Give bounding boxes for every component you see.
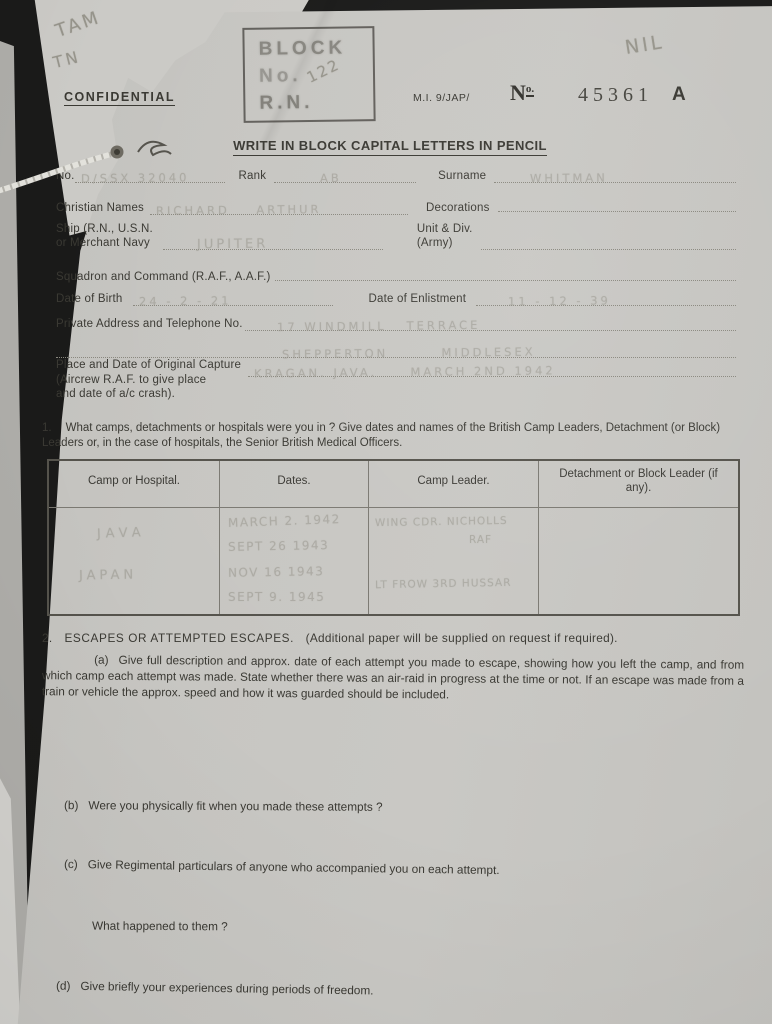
confidential-marking: CONFIDENTIAL [64,90,175,106]
field-label-enlistment: Date of Enlistment [369,293,467,305]
question-2c: (c)Give Regimental particulars of anyone… [64,857,500,877]
field-surname: WHITMAN [494,168,736,183]
question-2a-text: Give full description and approx. date o… [42,653,744,702]
field-label-surname: Surname [438,170,486,182]
section-2-number: 2. [42,631,52,645]
no-symbol: No. [510,80,534,106]
question-2a: (a)Give full description and approx. dat… [42,651,744,705]
question-2a-label: (a) [68,651,109,667]
field-squadron [275,266,737,281]
mi9-reference: M.I. 9/JAP/ [413,92,470,104]
question-2d: (d)Give briefly your experiences during … [56,979,374,998]
section-2-note: (Additional paper will be supplied on re… [306,631,618,645]
binding-string [0,130,220,210]
question-2c-text: Give Regimental particulars of anyone wh… [88,857,500,877]
serial-letter: A [672,84,686,106]
question-1-number: 1. [42,422,52,434]
section-2-heading: 2.ESCAPES OR ATTEMPTED ESCAPES. (Additio… [42,631,618,645]
field-date-of-birth: 24 - 2 - 21 [133,291,333,306]
camps-table: Camp or Hospital. Dates. Camp Leader. De… [47,459,740,616]
question-1-text: What camps, detachments or hospitals wer… [42,422,720,449]
question-2b-text: Were you physically fit when you made th… [88,798,382,814]
question-2b-label: (b) [64,798,78,812]
field-label-rank: Rank [239,170,267,182]
field-label-ship: Ship (R.N., U.S.N. or Merchant Navy [56,222,153,250]
field-label-address: Private Address and Telephone No. [56,318,243,330]
stamp-line: R.N. [259,88,373,117]
question-2c-label: (c) [64,857,78,871]
section-2-title: ESCAPES OR ATTEMPTED ESCAPES. [64,631,294,645]
field-label-decorations: Decorations [426,202,490,214]
question-2d-text: Give briefly your experiences during per… [80,979,373,998]
field-enlistment: 11 - 12 - 39 [476,291,736,306]
stamp-line: BLOCK [258,34,372,63]
field-address-line2: SHEPPERTON MIDDLESEX [56,343,736,358]
field-address-line1: 17 WINDMILL TERRACE [245,316,736,331]
table-header-camp: Camp or Hospital. [49,461,220,508]
field-label-unit: Unit & Div. (Army) [417,222,473,250]
field-unit [481,235,736,250]
table-cell-leader: WING CDR. NICHOLLS RAF LT FROW 3RD HUSSA… [369,508,539,614]
field-ship: JUPITER [163,235,383,250]
table-header-detachment: Detachment or Block Leader (if any). [539,461,738,508]
table-cell-dates: MARCH 2. 1942 SEPT 26 1943 NOV 16 1943 S… [220,508,369,614]
string-knot [138,142,171,155]
field-rank: AB [274,168,416,183]
field-label-date-of-birth: Date of Birth [56,293,123,305]
field-decorations [498,197,736,212]
field-capture: KRAGAN. JAVA. MARCH 2ND 1942 [248,362,736,377]
table-header-dates: Dates. [220,461,369,508]
question-2b: (b)Were you physically fit when you made… [64,798,383,814]
question-2c-followup: What happened to them ? [92,919,228,934]
question-2d-label: (d) [56,979,71,993]
field-label-capture: Place and Date of Original Capture (Airc… [56,358,241,402]
nil-pencil-note: NIL [624,31,666,59]
table-cell-camp: JAVA JAPAN [49,508,220,614]
scanned-document-photo: TAM TN CONFIDENTIAL BLOCK No. R.N. 122 M… [0,0,772,1024]
serial-number: 45361 [578,84,653,107]
question-1: 1.What camps, detachments or hospitals w… [42,421,742,451]
table-header-leader: Camp Leader. [369,461,539,508]
table-cell-detachment [539,508,738,614]
form-title: WRITE IN BLOCK CAPITAL LETTERS IN PENCIL [170,137,610,156]
field-label-squadron: Squadron and Command (R.A.F., A.A.F.) [56,271,271,283]
